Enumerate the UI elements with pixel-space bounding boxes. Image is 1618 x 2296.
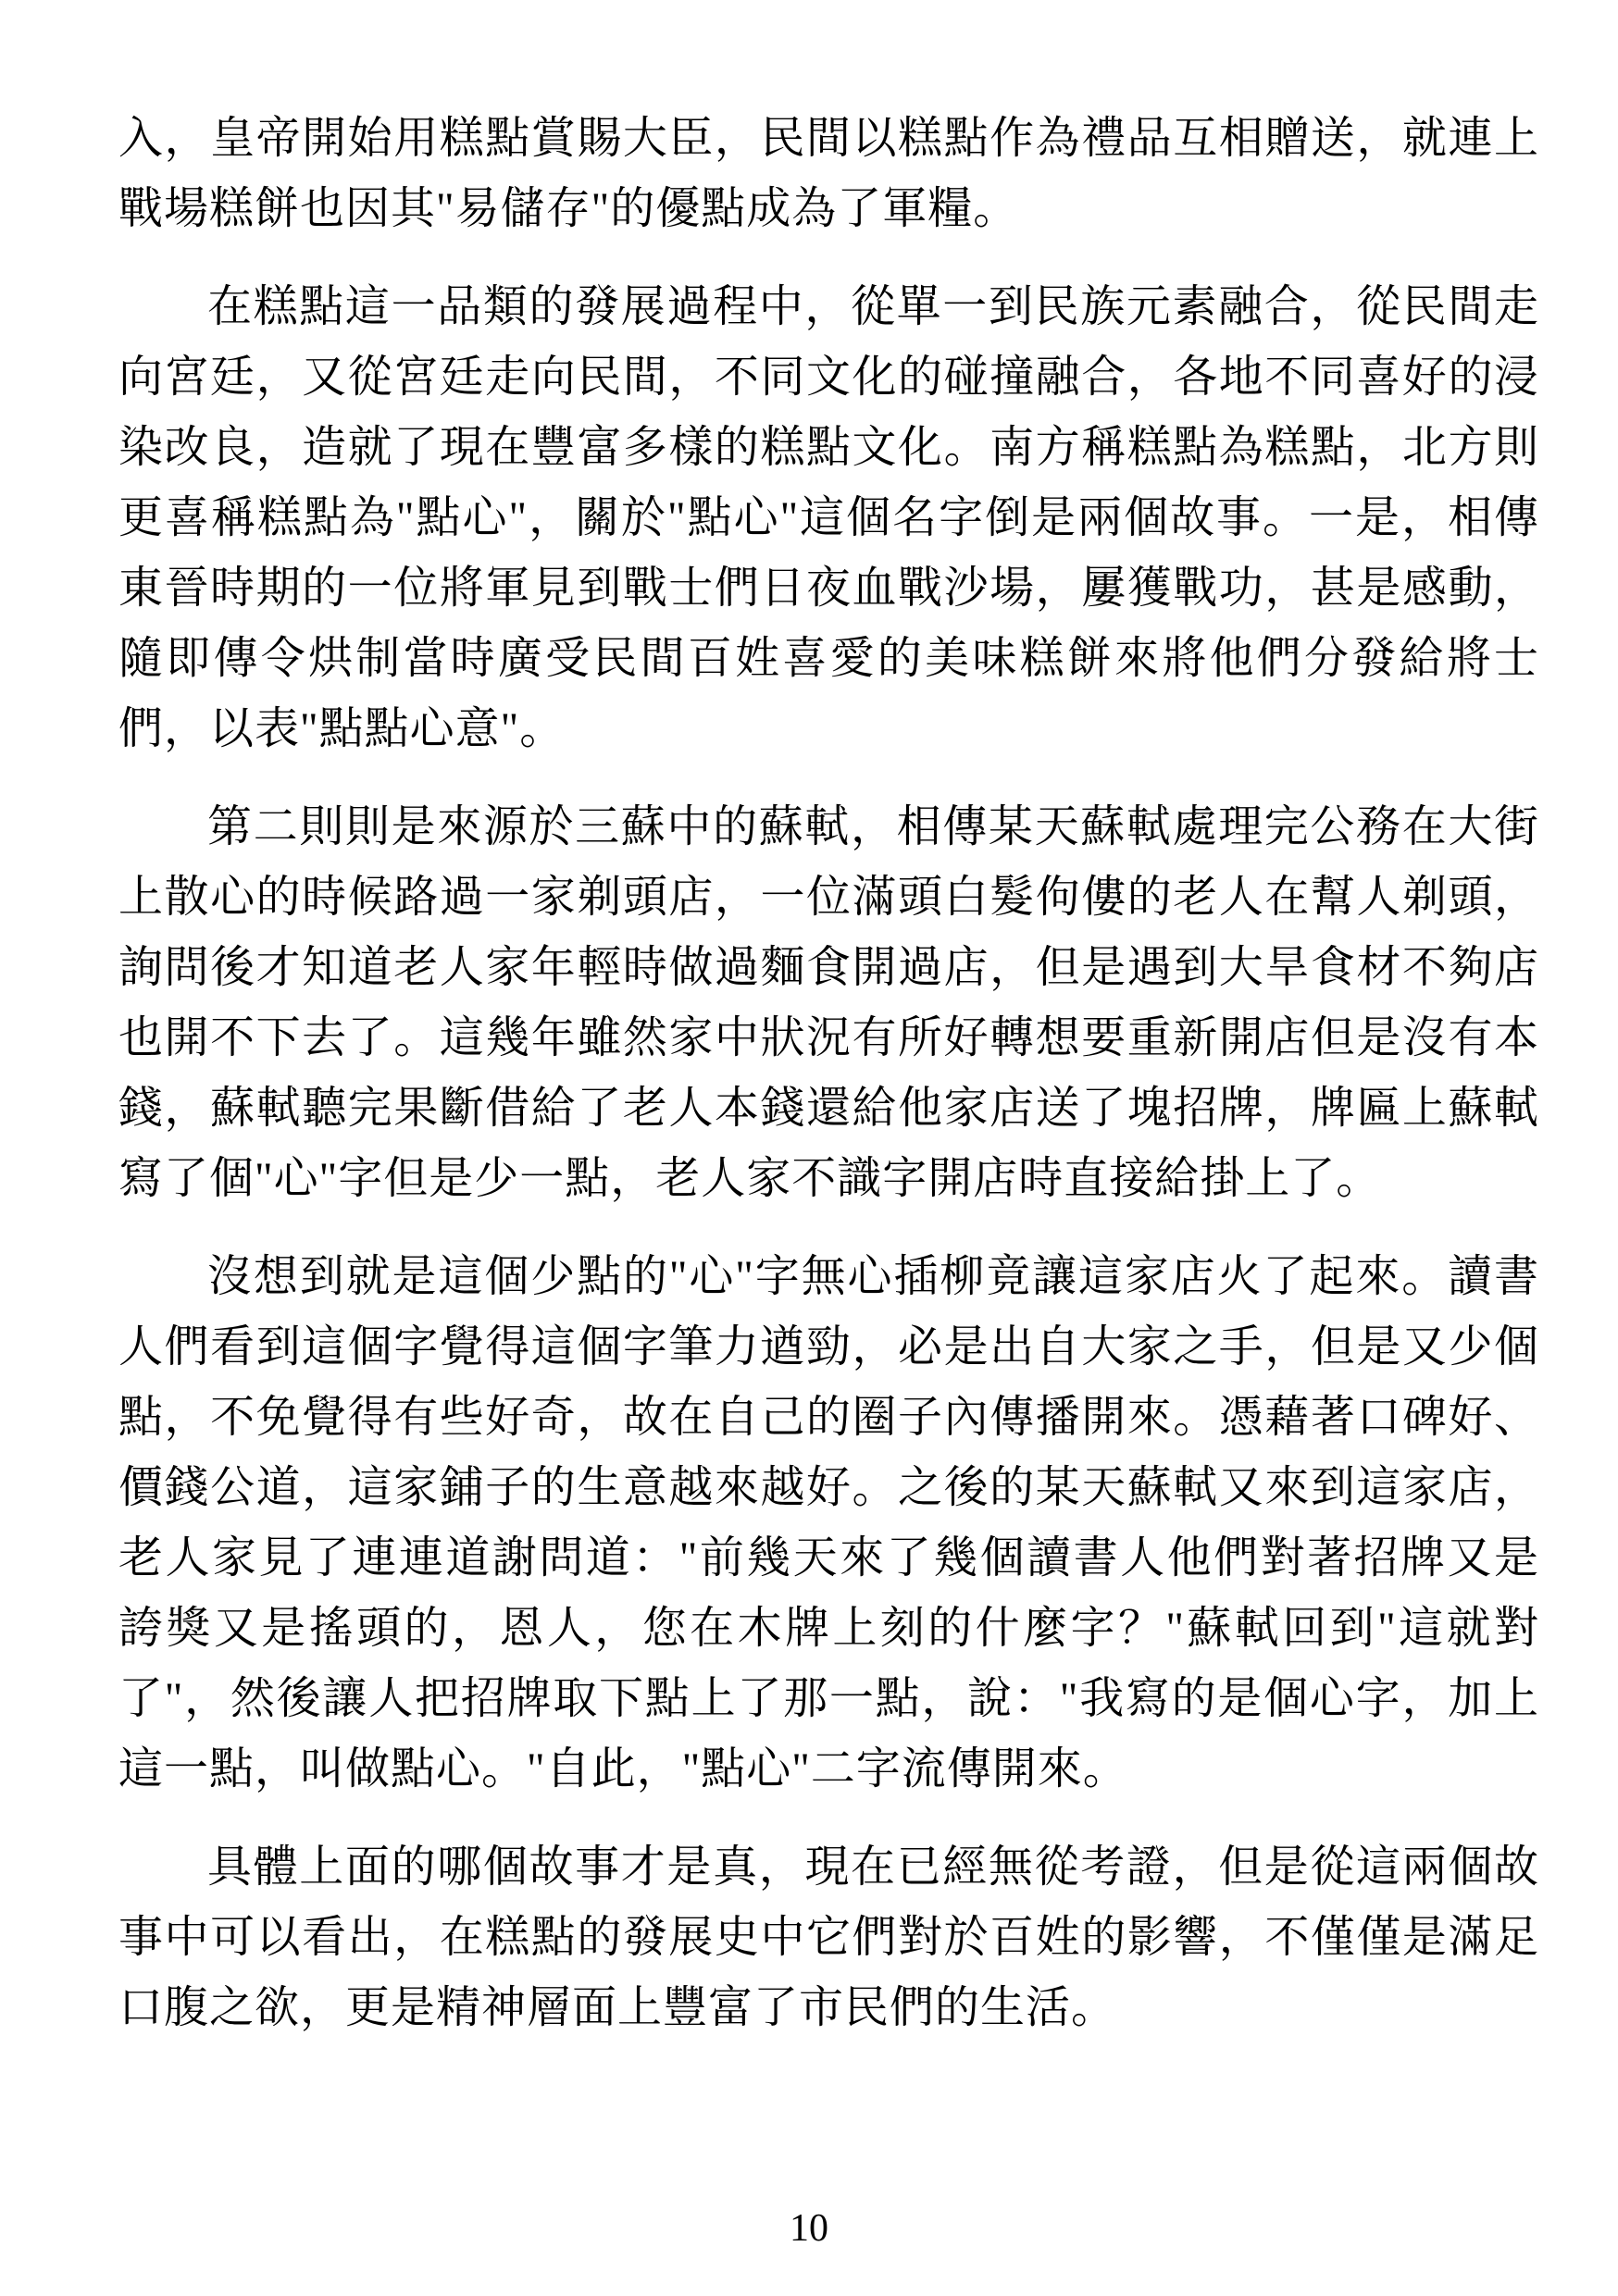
- paragraph: 在糕點這一品類的發展過程中，從單一到民族元素融合，從民間走向宮廷，又從宮廷走向民…: [118, 272, 1539, 764]
- paragraph: 沒想到就是這個少點的"心"字無心插柳竟讓這家店火了起來。讀書人們看到這個字覺得這…: [118, 1242, 1539, 1805]
- document-body: 入，皇帝開始用糕點賞賜大臣，民間以糕點作為禮品互相贈送，就連上戰場糕餅也因其"易…: [118, 104, 1539, 2071]
- paragraph: 入，皇帝開始用糕點賞賜大臣，民間以糕點作為禮品互相贈送，就連上戰場糕餅也因其"易…: [118, 104, 1539, 244]
- page-number: 10: [0, 2209, 1618, 2248]
- paragraph: 具體上面的哪個故事才是真，現在已經無從考證，但是從這兩個故事中可以看出，在糕點的…: [118, 1832, 1539, 2043]
- document-page: 入，皇帝開始用糕點賞賜大臣，民間以糕點作為禮品互相贈送，就連上戰場糕餅也因其"易…: [0, 0, 1618, 2296]
- paragraph: 第二則則是來源於三蘇中的蘇軾，相傳某天蘇軾處理完公務在大街上散心的時候路過一家剃…: [118, 792, 1539, 1214]
